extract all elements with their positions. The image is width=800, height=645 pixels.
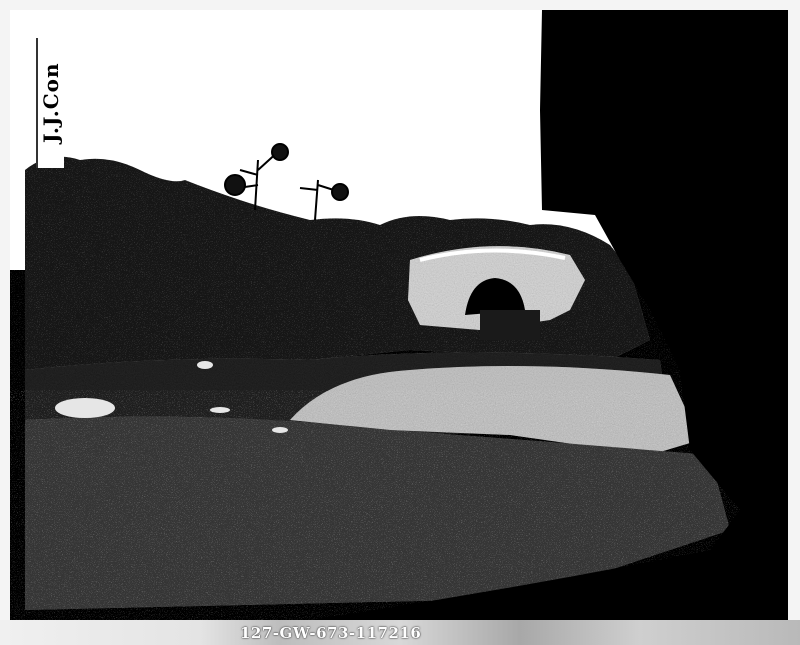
catalog-number: 127-GW-673-117216 <box>240 624 421 642</box>
photo-frame: J.J.Con 127-GW-673-117216 <box>0 0 800 645</box>
scene-illustration <box>10 10 788 620</box>
photograph: J.J.Con <box>10 10 788 620</box>
side-annotation: J.J.Con <box>36 38 64 168</box>
